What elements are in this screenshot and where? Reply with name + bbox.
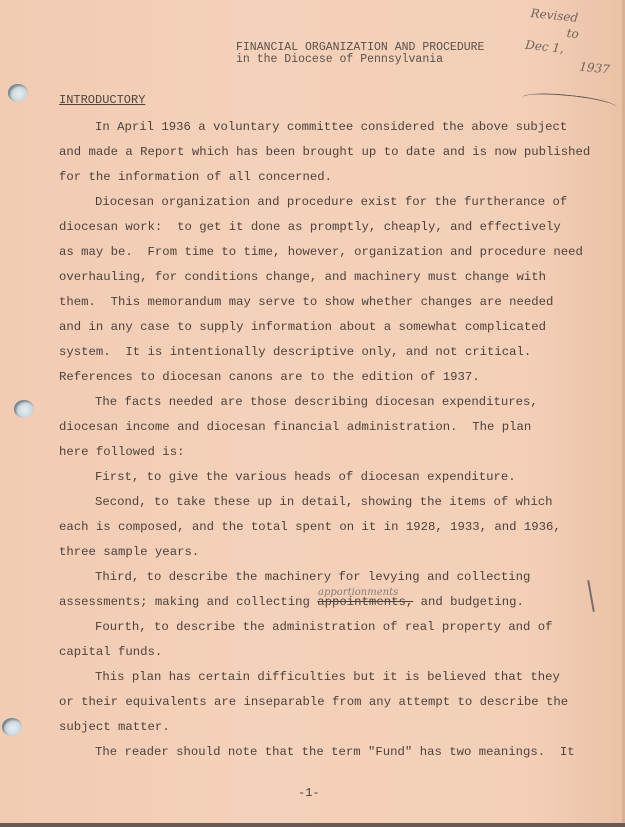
title-line-2: in the Diocese of Pennsylvania — [236, 54, 484, 66]
page-bottom-edge — [0, 823, 625, 827]
text-line: three sample years. — [59, 540, 619, 565]
text-line: system. It is intentionally descriptive … — [59, 340, 619, 365]
page-number: -1- — [298, 786, 320, 800]
text-line: and made a Report which has been brought… — [59, 140, 619, 165]
text-line: The facts needed are those describing di… — [59, 390, 619, 415]
handwritten-underline — [521, 90, 617, 115]
text-line: as may be. From time to time, however, o… — [59, 240, 619, 265]
text-fragment: assessments; making and collecting — [59, 595, 317, 609]
text-line: Fourth, to describe the administration o… — [59, 615, 619, 640]
punch-hole-icon — [14, 400, 34, 418]
text-line: diocesan income and diocesan financial a… — [59, 415, 619, 440]
text-line: capital funds. — [59, 640, 619, 665]
text-line: subject matter. — [59, 715, 619, 740]
punch-hole-icon — [8, 84, 28, 102]
text-line: and in any case to supply information ab… — [59, 315, 619, 340]
text-line: References to diocesan canons are to the… — [59, 365, 619, 390]
text-line: here followed is: — [59, 440, 619, 465]
document-title: FINANCIAL ORGANIZATION AND PROCEDUREin t… — [236, 42, 484, 66]
text-line: for the information of all concerned. — [59, 165, 619, 190]
text-line: The reader should note that the term "Fu… — [59, 740, 619, 765]
punch-hole-icon — [2, 718, 22, 736]
text-fragment: and budgeting. — [413, 595, 524, 609]
text-line: overhauling, for conditions change, and … — [59, 265, 619, 290]
text-line: each is composed, and the total spent on… — [59, 515, 619, 540]
paper-page: FINANCIAL ORGANIZATION AND PROCEDUREin t… — [0, 0, 625, 827]
text-line: This plan has certain difficulties but i… — [59, 665, 619, 690]
text-line: In April 1936 a voluntary committee cons… — [59, 115, 619, 140]
section-heading: INTRODUCTORY — [59, 93, 145, 107]
text-line: Diocesan organization and procedure exis… — [59, 190, 619, 215]
text-line: or their equivalents are inseparable fro… — [59, 690, 619, 715]
text-line: them. This memorandum may serve to show … — [59, 290, 619, 315]
handnote-line: 1937 — [579, 58, 607, 77]
text-line: Second, to take these up in detail, show… — [59, 490, 619, 515]
text-line: diocesan work: to get it done as promptl… — [59, 215, 619, 240]
body-text: In April 1936 a voluntary committee cons… — [59, 115, 619, 765]
handwritten-correction: apportionments — [318, 587, 398, 598]
handwritten-revision-note: Revised to Dec 1, 1937 — [505, 3, 611, 77]
text-line: First, to give the various heads of dioc… — [59, 465, 619, 490]
